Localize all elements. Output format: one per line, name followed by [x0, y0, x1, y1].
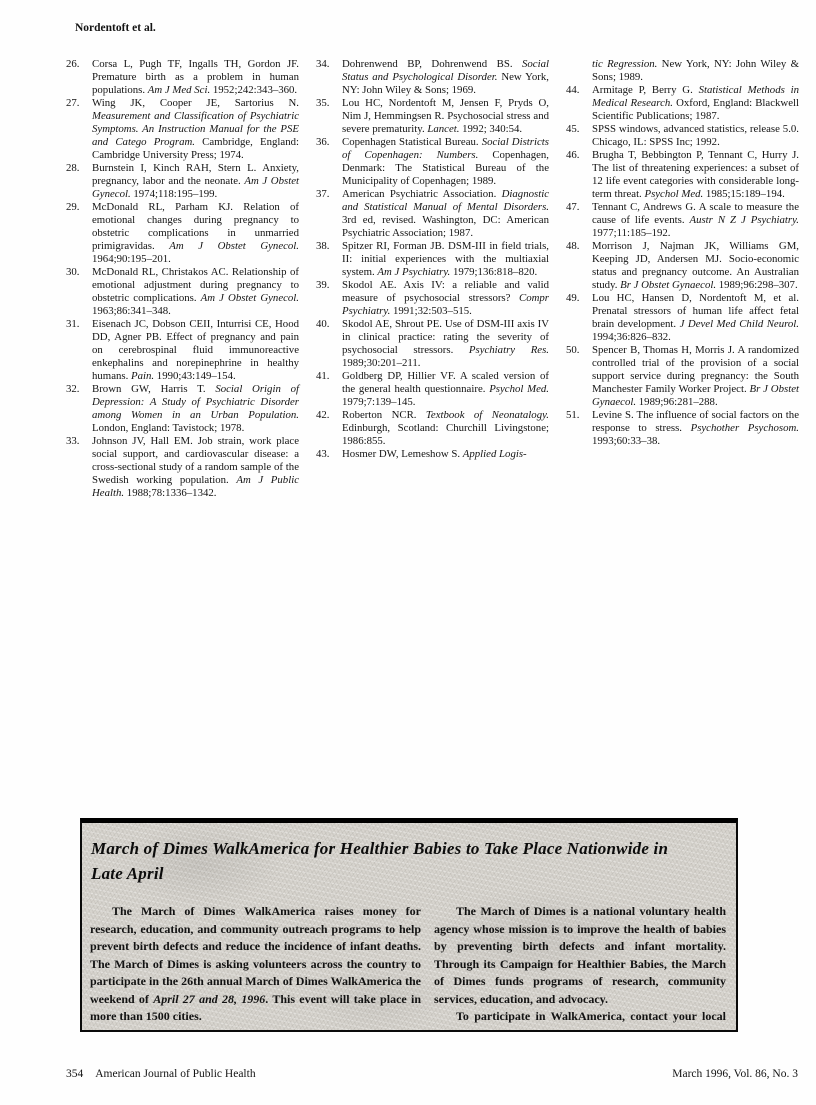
italic-text-run: Applied Logis-: [463, 448, 527, 460]
reference-item: 48.Morrison J, Najman JK, Williams GM, K…: [566, 240, 799, 292]
references-column-2: 34.Dohrenwend BP, Dohrenwend BS. Social …: [316, 58, 549, 500]
reference-item: 42.Roberton NCR. Textbook of Neonatalogy…: [316, 409, 549, 448]
italic-text-run: Am J Med Sci.: [148, 84, 210, 96]
text-run: 1989;30:201–211.: [342, 357, 420, 369]
reference-number: 32.: [66, 383, 80, 396]
text-run: Dohrenwend BP, Dohrenwend BS.: [342, 58, 522, 70]
footer-journal-name: American Journal of Public Health: [95, 1068, 255, 1080]
reference-number: 48.: [566, 240, 580, 253]
references-column-1: 26.Corsa L, Pugh TF, Ingalls TH, Gordon …: [66, 58, 299, 500]
italic-text-run: Lancet.: [427, 123, 459, 135]
text-run: Copenhagen Statistical Bureau.: [342, 136, 482, 148]
reference-number: 46.: [566, 149, 580, 162]
text-run: 1993;60:33–38.: [592, 435, 660, 447]
reference-item: 28.Burnstein I, Kinch RAH, Stern L. Anxi…: [66, 162, 299, 201]
text-run: 1991;32:503–515.: [390, 305, 472, 317]
announcement-columns: The March of Dimes WalkAmerica raises mo…: [90, 903, 726, 1032]
reference-item: 41.Goldberg DP, Hillier VF. A scaled ver…: [316, 370, 549, 409]
reference-item: 51.Levine S. The influence of social fac…: [566, 409, 799, 448]
italic-text-run: Br J Obstet Gynaecol.: [620, 279, 716, 291]
reference-number: 38.: [316, 240, 330, 253]
text-run: 1964;90:195–201.: [92, 253, 171, 265]
reference-item: 47.Tennant C, Andrews G. A scale to meas…: [566, 201, 799, 240]
text-run: To participate in WalkAmerica, contact y…: [434, 1009, 726, 1032]
reference-item: 30.McDonald RL, Christakos AC. Relations…: [66, 266, 299, 318]
references-section: 26.Corsa L, Pugh TF, Ingalls TH, Gordon …: [66, 58, 799, 500]
italic-text-run: Psychiatry Res.: [469, 344, 549, 356]
reference-number: 45.: [566, 123, 580, 136]
reference-number: 35.: [316, 97, 330, 110]
footer-issue-info: March 1996, Vol. 86, No. 3: [672, 1068, 798, 1080]
reference-item: 50.Spencer B, Thomas H, Morris J. A rand…: [566, 344, 799, 409]
text-run: London, England: Tavistock; 1978.: [92, 422, 244, 434]
running-head: Nordentoft et al.: [75, 22, 156, 34]
text-run: 1989;96:281–288.: [636, 396, 718, 408]
text-run: The March of Dimes is a national volunta…: [434, 904, 726, 1006]
text-run: SPSS windows, advanced statistics, relea…: [592, 123, 799, 148]
text-run: 1963;86:341–348.: [92, 305, 171, 317]
reference-item: 32.Brown GW, Harris T. Social Origin of …: [66, 383, 299, 435]
reference-item: 46.Brugha T, Bebbington P, Tennant C, Hu…: [566, 149, 799, 201]
text-run: 1988;78:1336–1342.: [124, 487, 216, 499]
text-run: 1952;242:343–360.: [210, 84, 297, 96]
italic-text-run: Psychol Med.: [489, 383, 549, 395]
reference-number: 50.: [566, 344, 580, 357]
reference-number: 29.: [66, 201, 80, 214]
italic-text-run: Textbook of Neonatalogy.: [426, 409, 549, 421]
text-run: The March of Dimes WalkAmerica raises mo…: [90, 904, 421, 1006]
text-run: Armitage P, Berry G.: [592, 84, 699, 96]
italic-text-run: tic Regression.: [592, 58, 657, 70]
page-footer: 354American Journal of Public Health Mar…: [66, 1068, 798, 1080]
text-run: 1992; 340:54.: [459, 123, 522, 135]
reference-item: 38.Spitzer RI, Forman JB. DSM-III in fie…: [316, 240, 549, 279]
italic-text-run: Austr N Z J Psychiatry.: [689, 214, 799, 226]
reference-number: 40.: [316, 318, 330, 331]
reference-number: 39.: [316, 279, 330, 292]
text-run: Skodol AE. Axis IV: a reliable and valid…: [342, 279, 549, 304]
footer-left: 354American Journal of Public Health: [66, 1068, 256, 1080]
reference-number: 42.: [316, 409, 330, 422]
reference-number: 28.: [66, 162, 80, 175]
text-run: American Psychiatric Association.: [342, 188, 502, 200]
text-run: Edinburgh, Scotland: Churchill Livingsto…: [342, 422, 549, 447]
reference-item: 39.Skodol AE. Axis IV: a reliable and va…: [316, 279, 549, 318]
text-run: Hosmer DW, Lemeshow S.: [342, 448, 463, 460]
reference-number: 36.: [316, 136, 330, 149]
reference-item: 29.McDonald RL, Parham KJ. Relation of e…: [66, 201, 299, 266]
reference-number: 44.: [566, 84, 580, 97]
reference-item: 49.Lou HC, Hansen D, Nordentoft M, et al…: [566, 292, 799, 344]
reference-number: 47.: [566, 201, 580, 214]
reference-item: 31.Eisenach JC, Dobson CEII, Inturrisi C…: [66, 318, 299, 383]
announcement-paragraph: To participate in WalkAmerica, contact y…: [434, 1008, 726, 1032]
reference-number: 30.: [66, 266, 80, 279]
reference-item: 40.Skodol AE, Shrout PE. Use of DSM-III …: [316, 318, 549, 370]
reference-number: 41.: [316, 370, 330, 383]
italic-text-run: Pain.: [131, 370, 154, 382]
reference-number: 43.: [316, 448, 330, 461]
italic-text-run: Am J Psychiatry.: [377, 266, 450, 278]
reference-item: 34.Dohrenwend BP, Dohrenwend BS. Social …: [316, 58, 549, 97]
reference-number: 26.: [66, 58, 80, 71]
reference-item: 43.Hosmer DW, Lemeshow S. Applied Logis-: [316, 448, 549, 461]
reference-item: 37.American Psychiatric Association. Dia…: [316, 188, 549, 240]
reference-number: 33.: [66, 435, 80, 448]
references-column-3: tic Regression. New York, NY: John Wiley…: [566, 58, 799, 500]
italic-text-run: J Devel Med Child Neurol.: [680, 318, 799, 330]
announcement-column-left: The March of Dimes WalkAmerica raises mo…: [90, 903, 421, 1032]
reference-item: 33.Johnson JV, Hall EM. Job strain, work…: [66, 435, 299, 500]
reference-item: 36.Copenhagen Statistical Bureau. Social…: [316, 136, 549, 188]
reference-item: 27.Wing JK, Cooper JE, Sartorius N. Meas…: [66, 97, 299, 162]
reference-item: 35.Lou HC, Nordentoft M, Jensen F, Pryds…: [316, 97, 549, 136]
reference-item: 44.Armitage P, Berry G. Statistical Meth…: [566, 84, 799, 123]
italic-text-run: Am J Obstet Gynecol.: [201, 292, 299, 304]
italic-text-run: April 27 and 28, 1996: [153, 992, 265, 1006]
italic-text-run: Am J Obstet Gynecol.: [169, 240, 299, 252]
text-run: 1989;96:298–307.: [716, 279, 798, 291]
text-run: 1979;7:139–145.: [342, 396, 415, 408]
text-run: Wing JK, Cooper JE, Sartorius N.: [92, 97, 299, 109]
text-run: 1974;118:195–199.: [131, 188, 218, 200]
text-run: 3rd ed, revised. Washington, DC: America…: [342, 214, 549, 239]
text-run: 1977;11:185–192.: [592, 227, 670, 239]
announcement-paragraph: The March of Dimes is a national volunta…: [434, 903, 726, 1008]
footer-page-number: 354: [66, 1068, 83, 1080]
announcement-paragraph: The March of Dimes WalkAmerica raises mo…: [90, 903, 421, 1026]
reference-number: 49.: [566, 292, 580, 305]
reference-number: 51.: [566, 409, 580, 422]
italic-text-run: Psychother Psychosom.: [691, 422, 799, 434]
text-run: 1994;36:826–832.: [592, 331, 671, 343]
announcement-title: March of Dimes WalkAmerica for Healthier…: [91, 836, 691, 886]
reference-item: tic Regression. New York, NY: John Wiley…: [566, 58, 799, 84]
reference-number: 27.: [66, 97, 80, 110]
reference-number: 34.: [316, 58, 330, 71]
text-run: 1979;136:818–820.: [450, 266, 537, 278]
italic-text-run: Psychol Med.: [644, 188, 703, 200]
reference-item: 26.Corsa L, Pugh TF, Ingalls TH, Gordon …: [66, 58, 299, 97]
reference-item: 45.SPSS windows, advanced statistics, re…: [566, 123, 799, 149]
reference-number: 37.: [316, 188, 330, 201]
announcement-column-right: The March of Dimes is a national volunta…: [434, 903, 726, 1032]
text-run: Roberton NCR.: [342, 409, 426, 421]
reference-number: 31.: [66, 318, 80, 331]
announcement-box: March of Dimes WalkAmerica for Healthier…: [80, 818, 738, 1032]
text-run: 1985;15:189–194.: [703, 188, 785, 200]
text-run: Brown GW, Harris T.: [92, 383, 215, 395]
text-run: 1990;43:149–154.: [154, 370, 236, 382]
